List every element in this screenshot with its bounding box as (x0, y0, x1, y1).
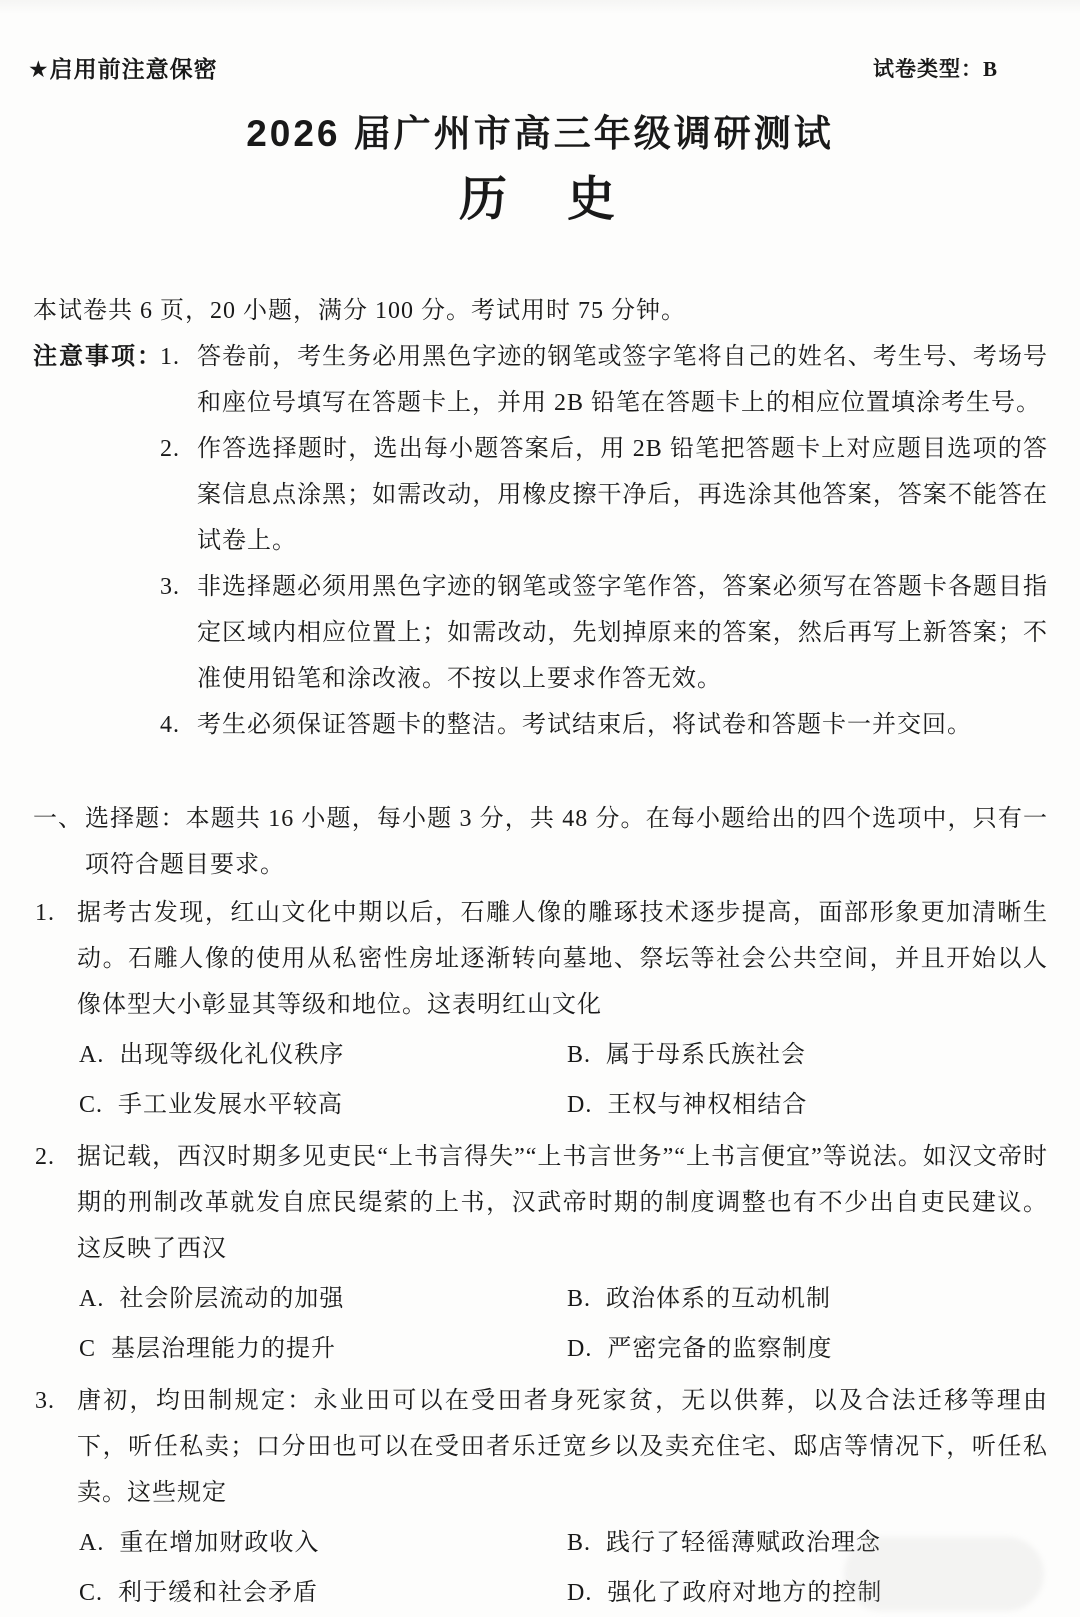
exam-info: 本试卷共 6 页，20 小题，满分 100 分。考试用时 75 分钟。 (33, 288, 1048, 334)
option-a: A.社会阶层流动的加强 (79, 1274, 567, 1324)
notice-item-3: 3. 非选择题必须用黑色字迹的钢笔或签字笔作答，答案必须写在答题卡各题目指定区域… (197, 564, 1048, 702)
question-number: 1. (35, 890, 55, 936)
notice-item-number: 4. (160, 702, 180, 748)
notice-item-number: 3. (160, 564, 180, 610)
paper-type-label: 试卷类型：B (873, 54, 998, 84)
notice-item-number: 2. (160, 426, 180, 472)
option-label: A. (79, 1530, 104, 1556)
option-label: D. (567, 1336, 592, 1362)
option-label: A. (79, 1042, 104, 1068)
page-header: ★启用前注意保密 试卷类型：B (0, 0, 1080, 84)
question-1-options: A.出现等级化礼仪秩序 B.属于母系氏族社会 C.手工业发展水平较高 D.王权与… (77, 1030, 1048, 1130)
notice-item-text: 答卷前，考生务必用黑色字迹的钢笔或签字笔将自己的姓名、考生号、考场号和座位号填写… (197, 344, 1048, 416)
option-label: D. (567, 1580, 592, 1606)
question-2-options: A.社会阶层流动的加强 B.政治体系的互动机制 C基层治理能力的提升 D.严密完… (77, 1274, 1048, 1374)
option-label: B. (567, 1042, 591, 1068)
option-c: C基层治理能力的提升 (79, 1324, 567, 1374)
option-label: C (79, 1336, 96, 1362)
question-stem: 唐初，均田制规定：永业田可以在受田者身死家贫，无以供葬，以及合法迁移等理由下，听… (77, 1378, 1048, 1516)
option-text: 重在增加财政收入 (119, 1530, 319, 1556)
exam-body: 本试卷共 6 页，20 小题，满分 100 分。考试用时 75 分钟。 注意事项… (0, 288, 1080, 1617)
exam-paper-page: ★启用前注意保密 试卷类型：B 2026 届广州市高三年级调研测试 历 史 本试… (0, 0, 1080, 1617)
question-2: 2. 据记载，西汉时期多见吏民“上书言得失”“上书言世务”“上书言便宜”等说法。… (33, 1134, 1048, 1374)
notice-item-2: 2. 作答选择题时，选出每小题答案后，用 2B 铅笔把答题卡上对应题目选项的答案… (197, 426, 1048, 564)
question-1: 1. 据考古发现，红山文化中期以后，石雕人像的雕琢技术逐步提高，面部形象更加清晰… (33, 890, 1048, 1130)
option-text: 践行了轻徭薄赋政治理念 (606, 1530, 881, 1556)
notice-block: 注意事项： 1. 答卷前，考生务必用黑色字迹的钢笔或签字笔将自己的姓名、考生号、… (33, 334, 1048, 748)
notice-item-4: 4. 考生必须保证答题卡的整洁。考试结束后，将试卷和答题卡一并交回。 (197, 702, 1048, 748)
notice-label: 注意事项： (33, 334, 163, 380)
option-label: B. (567, 1530, 591, 1556)
option-text: 手工业发展水平较高 (118, 1092, 343, 1118)
option-label: C. (79, 1092, 103, 1118)
option-label: A. (79, 1286, 104, 1312)
exam-subject: 历 史 (0, 172, 1080, 228)
option-a: A.出现等级化礼仪秩序 (79, 1030, 567, 1080)
exam-title: 2026 届广州市高三年级调研测试 (0, 112, 1080, 156)
security-notice: ★启用前注意保密 (28, 54, 218, 84)
option-a: A.重在增加财政收入 (79, 1518, 567, 1568)
option-text: 王权与神权相结合 (607, 1092, 807, 1118)
option-c: C.利于缓和社会矛盾 (79, 1568, 567, 1617)
notice-item-text: 考生必须保证答题卡的整洁。考试结束后，将试卷和答题卡一并交回。 (197, 712, 972, 738)
option-text: 利于缓和社会矛盾 (118, 1580, 318, 1606)
question-3-options: A.重在增加财政收入 B.践行了轻徭薄赋政治理念 C.利于缓和社会矛盾 D.强化… (77, 1518, 1048, 1617)
question-stem: 据记载，西汉时期多见吏民“上书言得失”“上书言世务”“上书言便宜”等说法。如汉文… (77, 1134, 1048, 1272)
option-d: D.强化了政府对地方的控制 (567, 1568, 1048, 1617)
option-label: D. (567, 1092, 592, 1118)
section-number: 一、 (33, 796, 83, 842)
question-number: 2. (35, 1134, 55, 1180)
option-label: C. (79, 1580, 103, 1606)
notice-item-number: 1. (160, 334, 180, 380)
option-text: 属于母系氏族社会 (606, 1042, 806, 1068)
option-d: D.王权与神权相结合 (567, 1080, 1048, 1130)
section-text: 选择题：本题共 16 小题，每小题 3 分，共 48 分。在每小题给出的四个选项… (85, 806, 1048, 878)
notice-item-text: 作答选择题时，选出每小题答案后，用 2B 铅笔把答题卡上对应题目选项的答案信息点… (197, 436, 1048, 554)
question-3: 3. 唐初，均田制规定：永业田可以在受田者身死家贫，无以供葬，以及合法迁移等理由… (33, 1378, 1048, 1617)
option-label: B. (567, 1286, 591, 1312)
option-text: 强化了政府对地方的控制 (607, 1580, 882, 1606)
option-b: B.属于母系氏族社会 (567, 1030, 1048, 1080)
option-text: 基层治理能力的提升 (111, 1336, 336, 1362)
section-heading: 一、 选择题：本题共 16 小题，每小题 3 分，共 48 分。在每小题给出的四… (33, 796, 1048, 888)
question-stem: 据考古发现，红山文化中期以后，石雕人像的雕琢技术逐步提高，面部形象更加清晰生动。… (77, 890, 1048, 1028)
option-text: 政治体系的互动机制 (606, 1286, 831, 1312)
option-b: B.践行了轻徭薄赋政治理念 (567, 1518, 1048, 1568)
notice-item-text: 非选择题必须用黑色字迹的钢笔或签字笔作答，答案必须写在答题卡各题目指定区域内相应… (197, 574, 1048, 692)
question-number: 3. (35, 1378, 55, 1424)
option-text: 社会阶层流动的加强 (119, 1286, 344, 1312)
option-d: D.严密完备的监察制度 (567, 1324, 1048, 1374)
notice-item-1: 1. 答卷前，考生务必用黑色字迹的钢笔或签字笔将自己的姓名、考生号、考场号和座位… (197, 334, 1048, 426)
option-c: C.手工业发展水平较高 (79, 1080, 567, 1130)
option-text: 出现等级化礼仪秩序 (119, 1042, 344, 1068)
option-text: 严密完备的监察制度 (607, 1336, 832, 1362)
option-b: B.政治体系的互动机制 (567, 1274, 1048, 1324)
